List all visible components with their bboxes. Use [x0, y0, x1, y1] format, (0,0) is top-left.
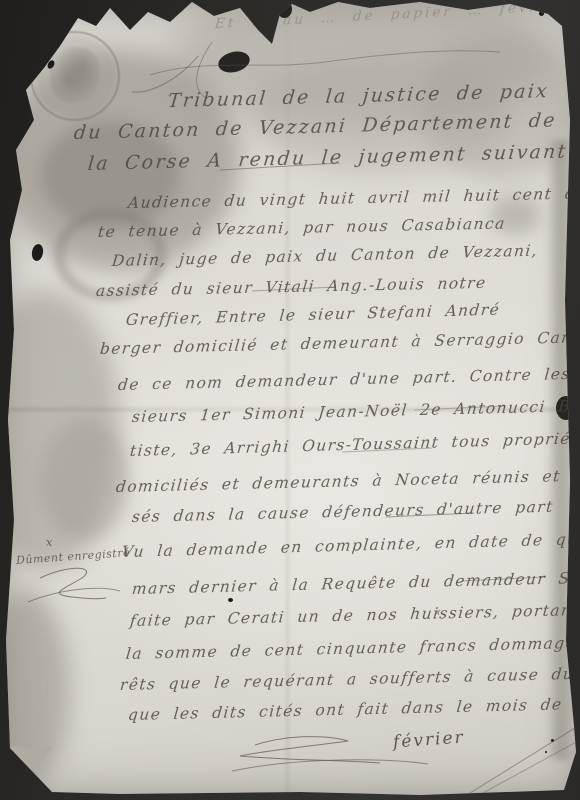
- manuscript-line: Greffier, Entre le sieur Stefani André: [125, 301, 501, 330]
- manuscript-line: Vu la demande en complainte, en date de …: [121, 529, 580, 561]
- manuscript-line: assisté du sieur Vitali Ang.-Louis notre: [95, 274, 487, 300]
- manuscript-line: sieurs 1er Simoni Jean-Noël 2e Antonucci…: [131, 397, 580, 426]
- manuscript-heading-line: du Canton de Vezzani Département de: [73, 109, 558, 144]
- manuscript-line: berger domicilié et demeurant à Serraggi…: [99, 328, 580, 358]
- bottom-date-word: février: [392, 728, 465, 753]
- ink-speck: [545, 751, 547, 753]
- manuscript-line: que les dits cités ont fait dans le mois…: [127, 695, 563, 724]
- ink-speck: [228, 598, 233, 602]
- manuscript-line: la somme de cent cinquante francs dommag…: [125, 633, 580, 663]
- manuscript-line: rêts que le requérant a soufferts à caus…: [119, 663, 580, 694]
- faint-top-annotation: Et … au … de papier … février … le …: [214, 0, 580, 32]
- manuscript-line: mars dernier à la Requête du demandeur S…: [131, 568, 580, 598]
- ink-speck: [551, 739, 554, 742]
- paper-hole: [216, 48, 252, 75]
- manuscript-line: de ce nom demandeur d'une part. Contre l…: [117, 365, 572, 394]
- manuscript-line: Dalin, juge de paix du Canton de Vezzani…: [111, 242, 539, 270]
- manuscript-line: domiciliés et demeurants à Noceta réunis…: [115, 465, 580, 496]
- scan-background: Et … au … de papier … février … le … Tri…: [0, 0, 580, 800]
- manuscript-heading-line: Tribunal de la justice de paix: [167, 80, 550, 112]
- manuscript-line: Audience du vingt huit avril mil huit ce…: [127, 183, 580, 212]
- seal-emblem: [50, 47, 100, 103]
- document-page: Et … au … de papier … février … le … Tri…: [0, 0, 580, 800]
- ink-blot: [31, 243, 45, 262]
- manuscript-line: tiste, 3e Arrighi Ours-Toussaint tous pr…: [129, 428, 580, 460]
- manuscript-line: faite par Cerati un de nos huissiers, po…: [129, 601, 580, 630]
- manuscript-line: te tenue à Vezzani, par nous Casabianca: [97, 214, 507, 241]
- margin-registration-note: Dûment enregistré: [16, 546, 131, 567]
- manuscript-line: sés dans la cause défendeurs d'autre par…: [131, 498, 554, 526]
- manuscript-heading-line: la Corse A rendu le jugement suivant: [87, 140, 569, 175]
- margin-check-mark: x: [46, 536, 52, 549]
- embossed-circular-seal: [30, 31, 120, 121]
- folded-corner: [8, 746, 54, 791]
- water-stain: [0, 290, 120, 570]
